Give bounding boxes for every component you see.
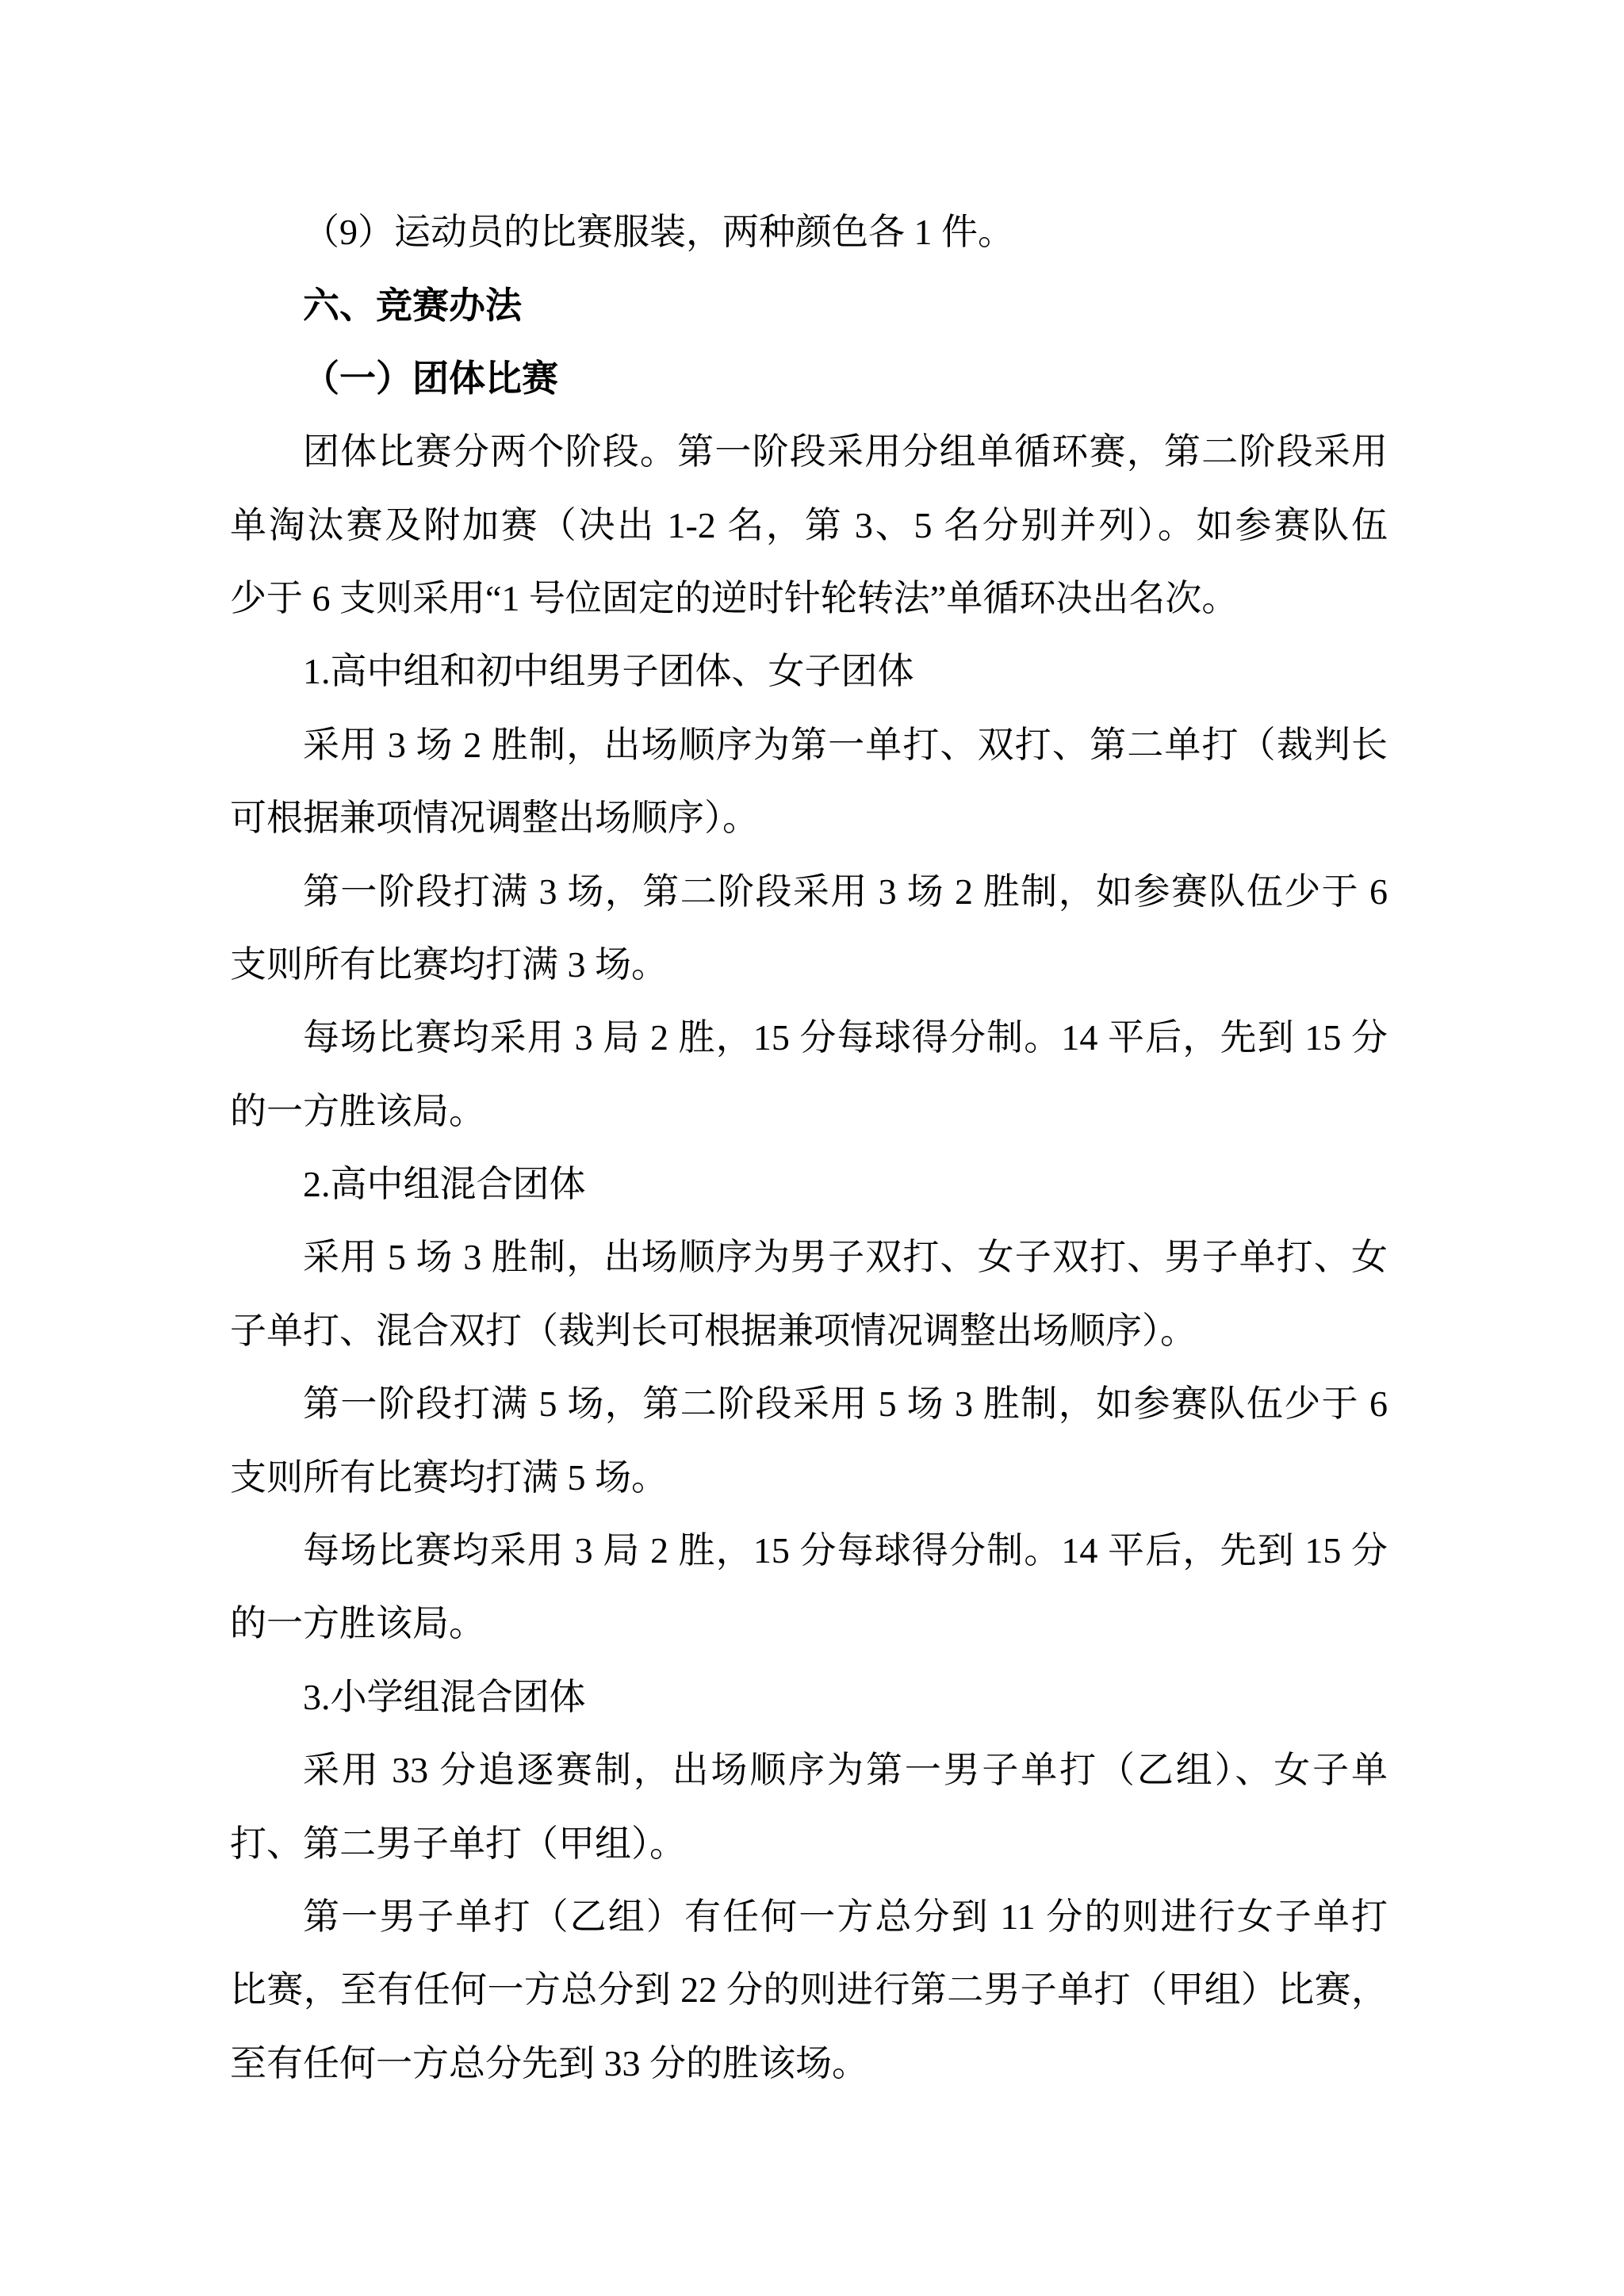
text-line: 少于 6 支则采用“1 号位固定的逆时针轮转法”单循环决出名次。 [230, 562, 1388, 635]
text-line: 3.小学组混合团体 [230, 1661, 1388, 1734]
text-line: 采用 33 分追逐赛制，出场顺序为第一男子单打（乙组）、女子单 [230, 1734, 1388, 1807]
text-line: 打、第二男子单打（甲组）。 [230, 1808, 1388, 1881]
text-line: 第一阶段打满 5 场，第二阶段采用 5 场 3 胜制，如参赛队伍少于 6 [230, 1368, 1388, 1441]
text-line: 支则所有比赛均打满 3 场。 [230, 928, 1388, 1001]
text-line: 2.高中组混合团体 [230, 1148, 1388, 1221]
text-line: 可根据兼项情况调整出场顺序）。 [230, 782, 1388, 855]
document-lines: （9）运动员的比赛服装，两种颜色各 1 件。六、竞赛办法（一）团体比赛团体比赛分… [230, 196, 1388, 2100]
text-line: 比赛，至有任何一方总分到 22 分的则进行第二男子单打（甲组）比赛， [230, 1954, 1388, 2026]
text-line: 第一阶段打满 3 场，第二阶段采用 3 场 2 胜制，如参赛队伍少于 6 [230, 855, 1388, 928]
text-line: 的一方胜该局。 [230, 1587, 1388, 1660]
text-line: 支则所有比赛均打满 5 场。 [230, 1441, 1388, 1514]
text-line: 每场比赛均采用 3 局 2 胜，15 分每球得分制。14 平后，先到 15 分 [230, 1514, 1388, 1587]
text-line: 采用 3 场 2 胜制，出场顺序为第一单打、双打、第二单打（裁判长 [230, 709, 1388, 782]
text-line: 第一男子单打（乙组）有任何一方总分到 11 分的则进行女子单打 [230, 1881, 1388, 1954]
text-line: 团体比赛分两个阶段。第一阶段采用分组单循环赛，第二阶段采用 [230, 415, 1388, 488]
text-line: 采用 5 场 3 胜制，出场顺序为男子双打、女子双打、男子单打、女 [230, 1221, 1388, 1294]
text-line: 每场比赛均采用 3 局 2 胜，15 分每球得分制。14 平后，先到 15 分 [230, 1001, 1388, 1074]
text-line: 至有任何一方总分先到 33 分的胜该场。 [230, 2027, 1388, 2100]
document-page: （9）运动员的比赛服装，两种颜色各 1 件。六、竞赛办法（一）团体比赛团体比赛分… [0, 0, 1624, 2296]
text-line: 子单打、混合双打（裁判长可根据兼项情况调整出场顺序）。 [230, 1295, 1388, 1368]
text-line: （一）团体比赛 [230, 342, 1388, 415]
text-line: 六、竞赛办法 [230, 269, 1388, 342]
text-line: 1.高中组和初中组男子团体、女子团体 [230, 635, 1388, 708]
text-line: 单淘汰赛及附加赛（决出 1-2 名，第 3、5 名分别并列）。如参赛队伍 [230, 489, 1388, 562]
text-line: 的一方胜该局。 [230, 1075, 1388, 1148]
text-line: （9）运动员的比赛服装，两种颜色各 1 件。 [230, 196, 1388, 269]
